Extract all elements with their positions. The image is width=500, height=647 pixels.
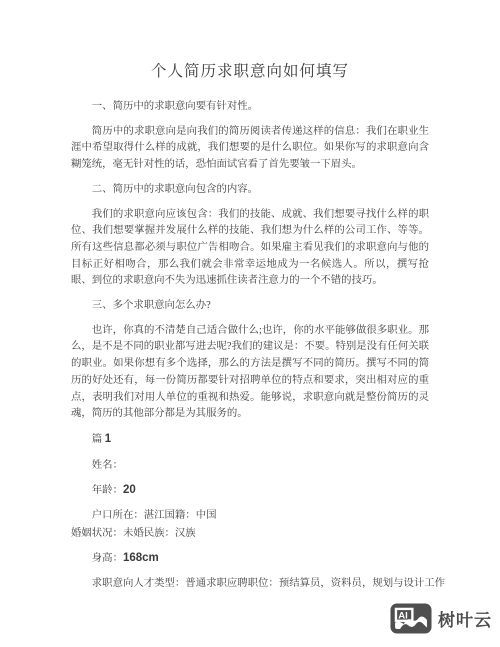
document-title: 个人简历求职意向如何填写: [71, 62, 429, 82]
field-label: 篇: [92, 434, 105, 445]
field-value: 20: [123, 484, 136, 496]
paragraph-2: 我们的求职意向应该包含：我们的技能、成就、我们想要寻找什么样的职位、我们想要掌握…: [71, 207, 429, 291]
field-label: 婚姻状况：未婚民族：汉族: [71, 528, 196, 539]
resume-field-height: 身高：168cm: [71, 550, 429, 568]
resume-section-label: 篇 1: [71, 431, 429, 449]
field-label: 姓名：: [92, 460, 123, 471]
section-heading-3: 三、多个求职意向怎么办?: [71, 298, 429, 315]
resume-field-name: 姓名：: [71, 457, 429, 475]
watermark-brand: 树叶云: [438, 606, 492, 631]
document-page: 个人简历求职意向如何填写 一、简历中的求职意向要有针对性。 简历中的求职意向是向…: [0, 0, 500, 647]
field-label: 身高：: [92, 553, 123, 564]
ai-image-logo-icon: AI: [390, 603, 432, 634]
field-label: 户口所在：湛江国籍：中国: [92, 510, 217, 521]
field-label: 求职意向人才类型：普通求职应聘职位：预结算员，资料员，规划与设计工作: [92, 578, 445, 589]
resume-field-age: 年龄：20: [71, 482, 429, 500]
resume-field-job-intention: 求职意向人才类型：普通求职应聘职位：预结算员，资料员，规划与设计工作: [71, 576, 429, 593]
section-heading-1: 一、简历中的求职意向要有针对性。: [71, 99, 429, 116]
paragraph-3: 也许，你真的不清楚自己适合做什么;也许，你的水平能够做很多职业。那么，是不是不同…: [71, 323, 429, 423]
resume-field-registry: 户口所在：湛江国籍：中国: [71, 508, 429, 525]
field-value: 1: [105, 433, 111, 445]
field-label: 年龄：: [92, 485, 123, 496]
field-value: 168cm: [123, 552, 159, 564]
watermark-icon-text: AI: [398, 611, 408, 622]
resume-field-marital: 婚姻状况：未婚民族：汉族: [71, 526, 429, 543]
section-heading-2: 二、简历中的求职意向包含的内容。: [71, 182, 429, 199]
paragraph-1: 简历中的求职意向是向我们的简历阅读者传递这样的信息：我们在职业生涯中希望取得什么…: [71, 124, 429, 174]
watermark: AI 树叶云: [390, 603, 492, 634]
